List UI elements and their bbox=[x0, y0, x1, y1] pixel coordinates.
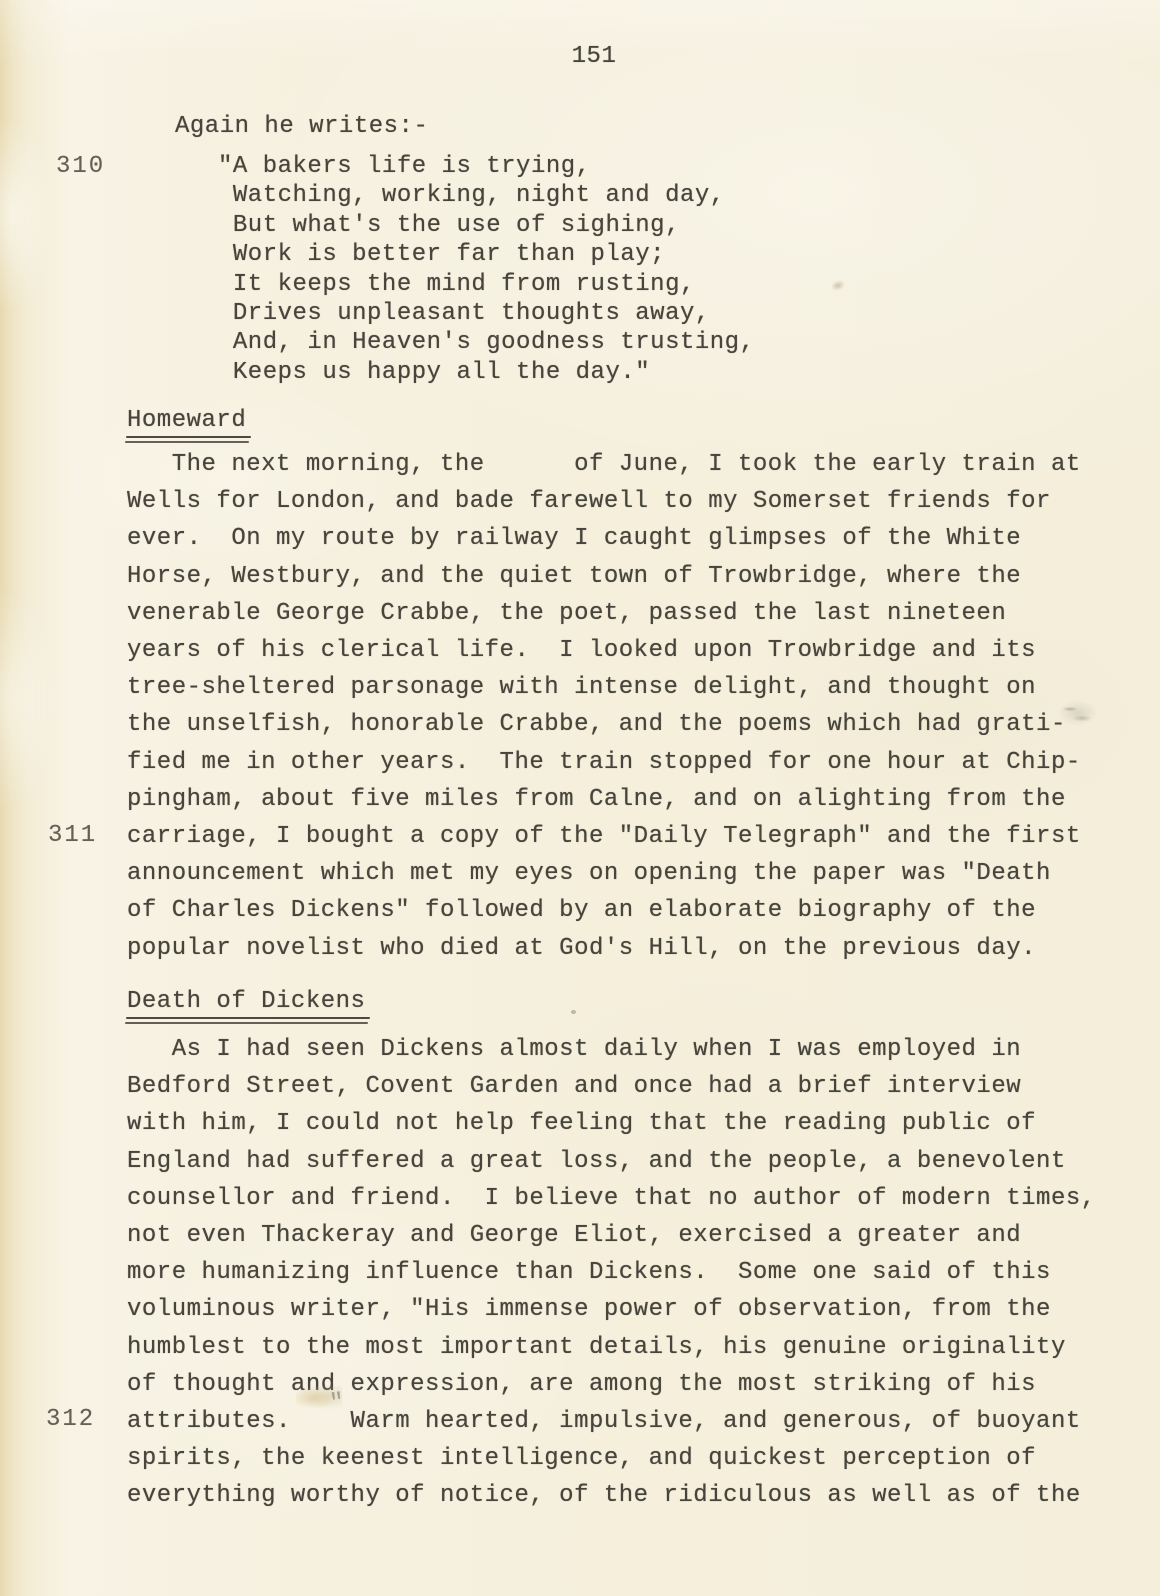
text-line: As I had seen Dickens almost daily when … bbox=[127, 1031, 1096, 1068]
margin-number-310: 310 bbox=[56, 152, 105, 182]
text-line: The next morning, the of June, I took th… bbox=[127, 446, 1081, 483]
homeward-paragraph: The next morning, the of June, I took th… bbox=[127, 446, 1081, 967]
death-of-dickens-paragraph: As I had seen Dickens almost daily when … bbox=[127, 1031, 1096, 1515]
text-line: carriage, I bought a copy of the "Daily … bbox=[127, 818, 1081, 855]
heading-text: Death of Dickens bbox=[127, 987, 365, 1017]
ink-speck bbox=[571, 1010, 576, 1014]
text-line: Drives unpleasant thoughts away, bbox=[218, 299, 754, 328]
heading-text: Homeward bbox=[127, 406, 246, 436]
section-heading-death-of-dickens: Death of Dickens bbox=[127, 987, 365, 1017]
text-line: announcement which met my eyes on openin… bbox=[127, 855, 1081, 892]
text-line: But what's the use of sighing, bbox=[218, 211, 754, 240]
text-line: voluminous writer, "His immense power of… bbox=[127, 1291, 1096, 1328]
section-heading-homeward: Homeward bbox=[127, 406, 246, 436]
text-line: tree-sheltered parsonage with intense de… bbox=[127, 669, 1081, 706]
text-line: venerable George Crabbe, the poet, passe… bbox=[127, 595, 1081, 632]
margin-number-312: 312 bbox=[46, 1405, 95, 1435]
typescript-page: 151 Again he writes:- 310 "A bakers life… bbox=[0, 0, 1160, 1596]
text-line: Keeps us happy all the day." bbox=[218, 358, 754, 387]
text-line: not even Thackeray and George Eliot, exe… bbox=[127, 1217, 1096, 1254]
poem-block: "A bakers life is trying, Watching, work… bbox=[218, 152, 754, 387]
text-line: popular novelist who died at God's Hill,… bbox=[127, 930, 1081, 967]
text-line: with him, I could not help feeling that … bbox=[127, 1105, 1096, 1142]
text-line: England had suffered a great loss, and t… bbox=[127, 1143, 1096, 1180]
text-line: Work is better far than play; bbox=[218, 240, 754, 269]
text-line: "A bakers life is trying, bbox=[218, 152, 754, 181]
text-line: pingham, about five miles from Calne, an… bbox=[127, 781, 1081, 818]
text-line: humblest to the most important details, … bbox=[127, 1329, 1096, 1366]
text-line: Horse, Westbury, and the quiet town of T… bbox=[127, 558, 1081, 595]
smudge-mark bbox=[829, 278, 848, 294]
text-line: the unselfish, honorable Crabbe, and the… bbox=[127, 706, 1081, 743]
text-line: years of his clerical life. I looked upo… bbox=[127, 632, 1081, 669]
text-line: Watching, working, night and day, bbox=[218, 181, 754, 210]
text-line: of Charles Dickens" followed by an elabo… bbox=[127, 892, 1081, 929]
text-line: It keeps the mind from rusting, bbox=[218, 270, 754, 299]
text-line: of thought and expression, are among the… bbox=[127, 1366, 1096, 1403]
text-line: spirits, the keenest intelligence, and q… bbox=[127, 1440, 1096, 1477]
text-line: attributes. Warm hearted, impulsive, and… bbox=[127, 1403, 1096, 1440]
text-line: And, in Heaven's goodness trusting, bbox=[218, 328, 754, 357]
intro-line: Again he writes:- bbox=[175, 112, 428, 142]
text-line: Wells for London, and bade farewell to m… bbox=[127, 483, 1081, 520]
page-number: 151 bbox=[0, 42, 1160, 72]
margin-number-311: 311 bbox=[48, 821, 97, 851]
text-line: Bedford Street, Covent Garden and once h… bbox=[127, 1068, 1096, 1105]
text-line: fied me in other years. The train stoppe… bbox=[127, 744, 1081, 781]
text-line: more humanizing influence than Dickens. … bbox=[127, 1254, 1096, 1291]
text-line: counsellor and friend. I believe that no… bbox=[127, 1180, 1096, 1217]
text-line: everything worthy of notice, of the ridi… bbox=[127, 1477, 1096, 1514]
text-line: ever. On my route by railway I caught gl… bbox=[127, 520, 1081, 557]
